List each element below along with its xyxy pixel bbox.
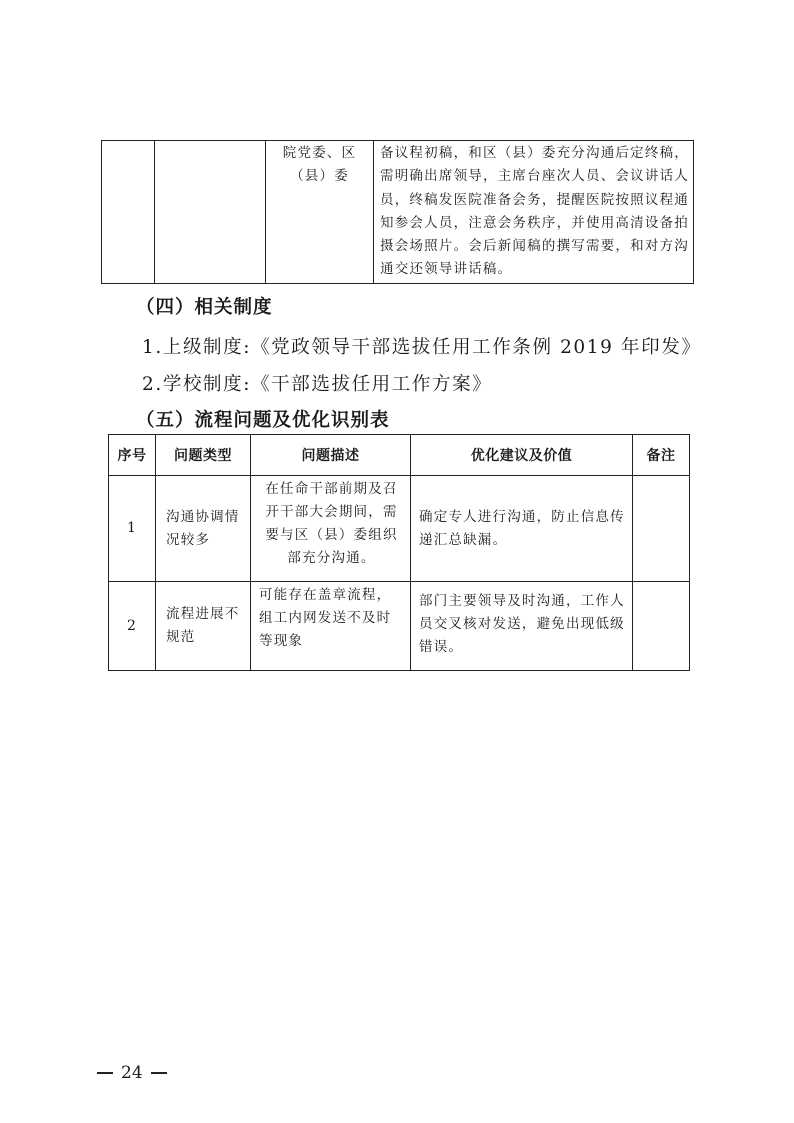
table-header-row: 序号 问题类型 问题描述 优化建议及价值 备注 <box>109 435 690 476</box>
optimization-suggestion: 确定专人进行沟通，防止信息传递汇总缺漏。 <box>411 476 633 582</box>
dash-left <box>97 1072 113 1074</box>
table-row: 2 流程进展不规范 可能存在盖章流程，组工内网发送不及时等现象 部门主要领导及时… <box>109 582 690 671</box>
page-number: 24 <box>121 1063 143 1083</box>
issue-description: 可能存在盖章流程，组工内网发送不及时等现象 <box>251 582 411 671</box>
dash-right <box>151 1072 167 1074</box>
issue-description: 在任命干部前期及召开干部大会期间，需要与区（县）委组织部充分沟通。 <box>251 476 411 582</box>
header-no: 序号 <box>109 435 156 476</box>
section-heading-related-policies: （四）相关制度 <box>136 293 273 319</box>
policy-item-school: 2.学校制度:《干部选拔任用工作方案》 <box>142 370 492 396</box>
table-cell <box>102 141 155 284</box>
header-note: 备注 <box>633 435 690 476</box>
row-number: 2 <box>109 582 156 671</box>
process-issues-table: 序号 问题类型 问题描述 优化建议及价值 备注 1 沟通协调情况较多 在任命干部… <box>108 434 690 671</box>
issue-type: 流程进展不规范 <box>156 582 251 671</box>
table-row: 1 沟通协调情况较多 在任命干部前期及召开干部大会期间，需要与区（县）委组织部充… <box>109 476 690 582</box>
header-type: 问题类型 <box>156 435 251 476</box>
table-row: 院党委、区（县）委 备议程初稿，和区（县）委充分沟通后定终稿，需明确出席领导，主… <box>102 141 694 284</box>
section-heading-process-issues: （五）流程问题及优化识别表 <box>136 406 390 432</box>
optimization-suggestion: 部门主要领导及时沟通，工作人员交叉核对发送，避免出现低级错误。 <box>411 582 633 671</box>
responsible-party-cell: 院党委、区（县）委 <box>266 141 374 284</box>
note-cell <box>633 476 690 582</box>
task-description-cell: 备议程初稿，和区（县）委充分沟通后定终稿，需明确出席领导，主席台座次人员、会议讲… <box>374 141 694 284</box>
continuation-table: 院党委、区（县）委 备议程初稿，和区（县）委充分沟通后定终稿，需明确出席领导，主… <box>101 140 694 284</box>
header-description: 问题描述 <box>251 435 411 476</box>
row-number: 1 <box>109 476 156 582</box>
note-cell <box>633 582 690 671</box>
page-footer: 24 <box>97 1063 167 1083</box>
table-cell <box>155 141 266 284</box>
header-suggestion: 优化建议及价值 <box>411 435 633 476</box>
issue-type: 沟通协调情况较多 <box>156 476 251 582</box>
policy-item-superior: 1.上级制度:《党政领导干部选拔任用工作条例 2019 年印发》 <box>142 333 701 359</box>
